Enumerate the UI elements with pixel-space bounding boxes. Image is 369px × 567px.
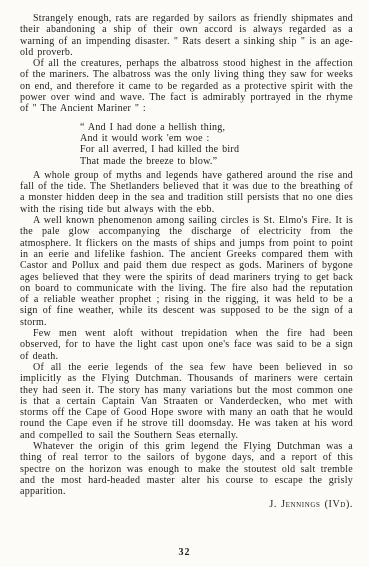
quote-line-1: “ And I had done a hellish thing, xyxy=(80,122,353,133)
paragraph-flying-dutchman: Of all the eerie legends of the sea few … xyxy=(20,362,353,441)
paragraph-fire-omen: Few men went aloft without trepidation w… xyxy=(20,328,353,362)
quote-line-3: For all averred, I had killed the bird xyxy=(80,144,353,155)
scanned-book-page: Strangely enough, rats are regarded by s… xyxy=(0,0,369,567)
author-signature: J. Jennings (IVd). xyxy=(20,499,353,510)
paragraph-albatross: Of all the creatures, perhaps the albatr… xyxy=(20,58,353,114)
paragraph-tides: A whole group of myths and legends have … xyxy=(20,170,353,215)
quote-line-2: And it would work 'em woe : xyxy=(80,133,353,144)
ancient-mariner-quote: “ And I had done a hellish thing, And it… xyxy=(80,122,353,167)
paragraph-st-elmos-fire: A well known phenomenon among sailing ci… xyxy=(20,215,353,328)
page-number: 32 xyxy=(0,547,369,558)
quote-line-4: That made the breeze to blow.” xyxy=(80,156,353,167)
paragraph-dutchman-terror: Whatever the origin of this grim legend … xyxy=(20,441,353,497)
paragraph-rats-shipmates: Strangely enough, rats are regarded by s… xyxy=(20,13,353,58)
